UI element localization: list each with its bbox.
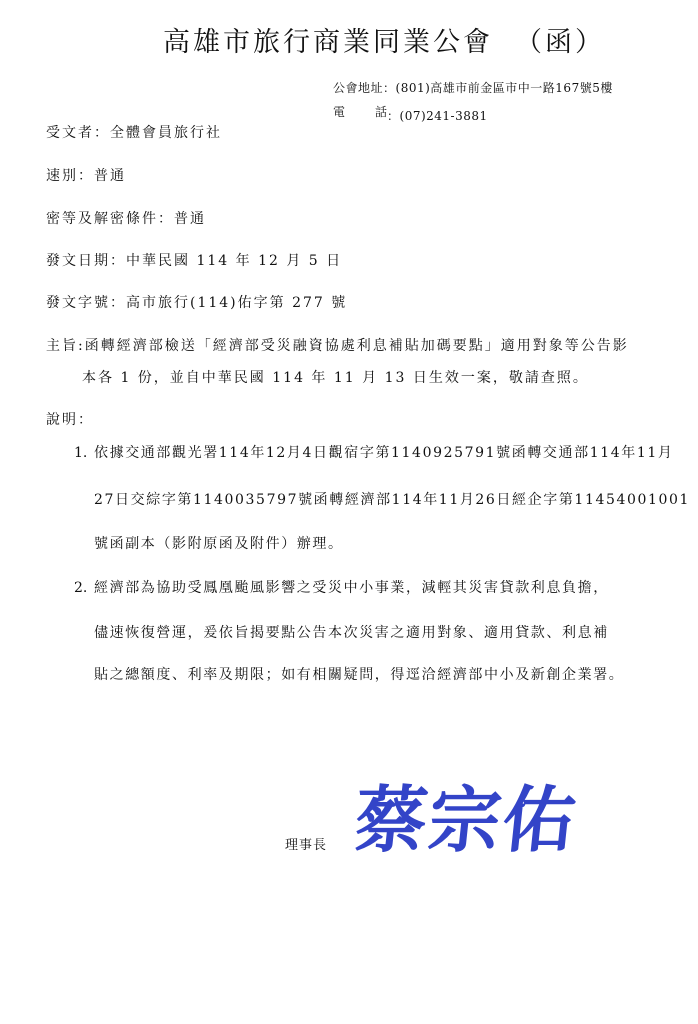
explanation-item-1-number: 1.: [74, 443, 87, 463]
speed-value: 普通: [94, 168, 126, 184]
explanation-item-1-line-1: 依據交通部觀光署114年12月4日觀宿字第1140925791號函轉交通部114…: [94, 443, 673, 463]
explanation-item-2-number: 2.: [74, 578, 87, 598]
subject-text-1: 函轉經濟部檢送「經濟部受災融資協處利息補貼加碼要點」適用對象等公告影: [85, 338, 629, 354]
explanation-item-2-line-2: 儘速恢復營運，爰依旨揭要點公告本次災害之適用對象、適用貸款、利息補: [94, 623, 609, 643]
separator: ：: [78, 168, 94, 184]
secrecy-field: 密等及解密條件：普通: [46, 209, 206, 229]
separator: ：: [110, 295, 126, 311]
recipient-value: 全體會員旅行社: [110, 125, 222, 141]
issue-date-label: 發文日期: [46, 253, 110, 269]
association-address: 公會地址：(801)高雄市前金區市中一路167號5樓: [333, 80, 613, 96]
subject-line-2: 本各 1 份，並自中華民國 114 年 11 月 13 日生效一案，敬請查照。: [82, 368, 589, 388]
address-value: (801)高雄市前金區市中一路167號5樓: [396, 81, 613, 95]
subject-line-1: 主旨:函轉經濟部檢送「經濟部受災融資協處利息補貼加碼要點」適用對象等公告影: [46, 336, 629, 356]
explanation-item-1-line-2: 27日交綜字第1140035797號函轉經濟部114年11月26日經企字第114…: [94, 490, 690, 510]
association-phone: 電話：(07)241-3881: [333, 104, 488, 124]
signatory-title: 理事長: [285, 834, 327, 853]
chairman-signature: 蔡宗佑: [350, 770, 583, 870]
address-label: 公會地址: [333, 81, 383, 95]
explanation-label: 說明：: [46, 410, 94, 430]
separator: ：: [94, 125, 110, 141]
subject-label: 主旨:: [46, 338, 85, 354]
separator: ：: [158, 211, 174, 227]
speed-label: 速別: [46, 168, 78, 184]
secrecy-value: 普通: [174, 211, 206, 227]
phone-label: 電話: [333, 104, 387, 120]
explanation-item-2-line-3: 貼之總額度、利率及期限；如有相關疑問，得逕洽經濟部中小及新創企業署。: [94, 665, 624, 685]
document-number-label: 發文字號: [46, 295, 110, 311]
speed-field: 速別：普通: [46, 166, 126, 186]
separator: ：: [383, 81, 396, 95]
phone-value: (07)241-3881: [400, 109, 488, 123]
separator: ：: [110, 253, 126, 269]
organization-name: 高雄市旅行商業同業公會: [163, 27, 493, 58]
secrecy-label: 密等及解密條件: [46, 211, 158, 227]
document-type: （函）: [515, 27, 605, 58]
issue-date-field: 發文日期：中華民國 114 年 12 月 5 日: [46, 251, 342, 271]
separator: ：: [387, 109, 400, 123]
explanation-item-1-line-3: 號函副本（影附原函及附件）辦理。: [94, 534, 344, 554]
recipient-field: 受文者：全體會員旅行社: [46, 123, 222, 143]
document-title: 高雄市旅行商業同業公會（函）: [163, 25, 605, 61]
official-letter-page: 高雄市旅行商業同業公會（函） 公會地址：(801)高雄市前金區市中一路167號5…: [0, 0, 698, 1024]
issue-date-value: 中華民國 114 年 12 月 5 日: [126, 253, 342, 269]
document-number-field: 發文字號：高市旅行(114)佑字第 277 號: [46, 293, 347, 313]
recipient-label: 受文者: [46, 125, 94, 141]
document-number-value: 高市旅行(114)佑字第 277 號: [126, 295, 347, 311]
explanation-item-2-line-1: 經濟部為協助受鳳凰颱風影響之受災中小事業，減輕其災害貸款利息負擔，: [94, 578, 609, 598]
